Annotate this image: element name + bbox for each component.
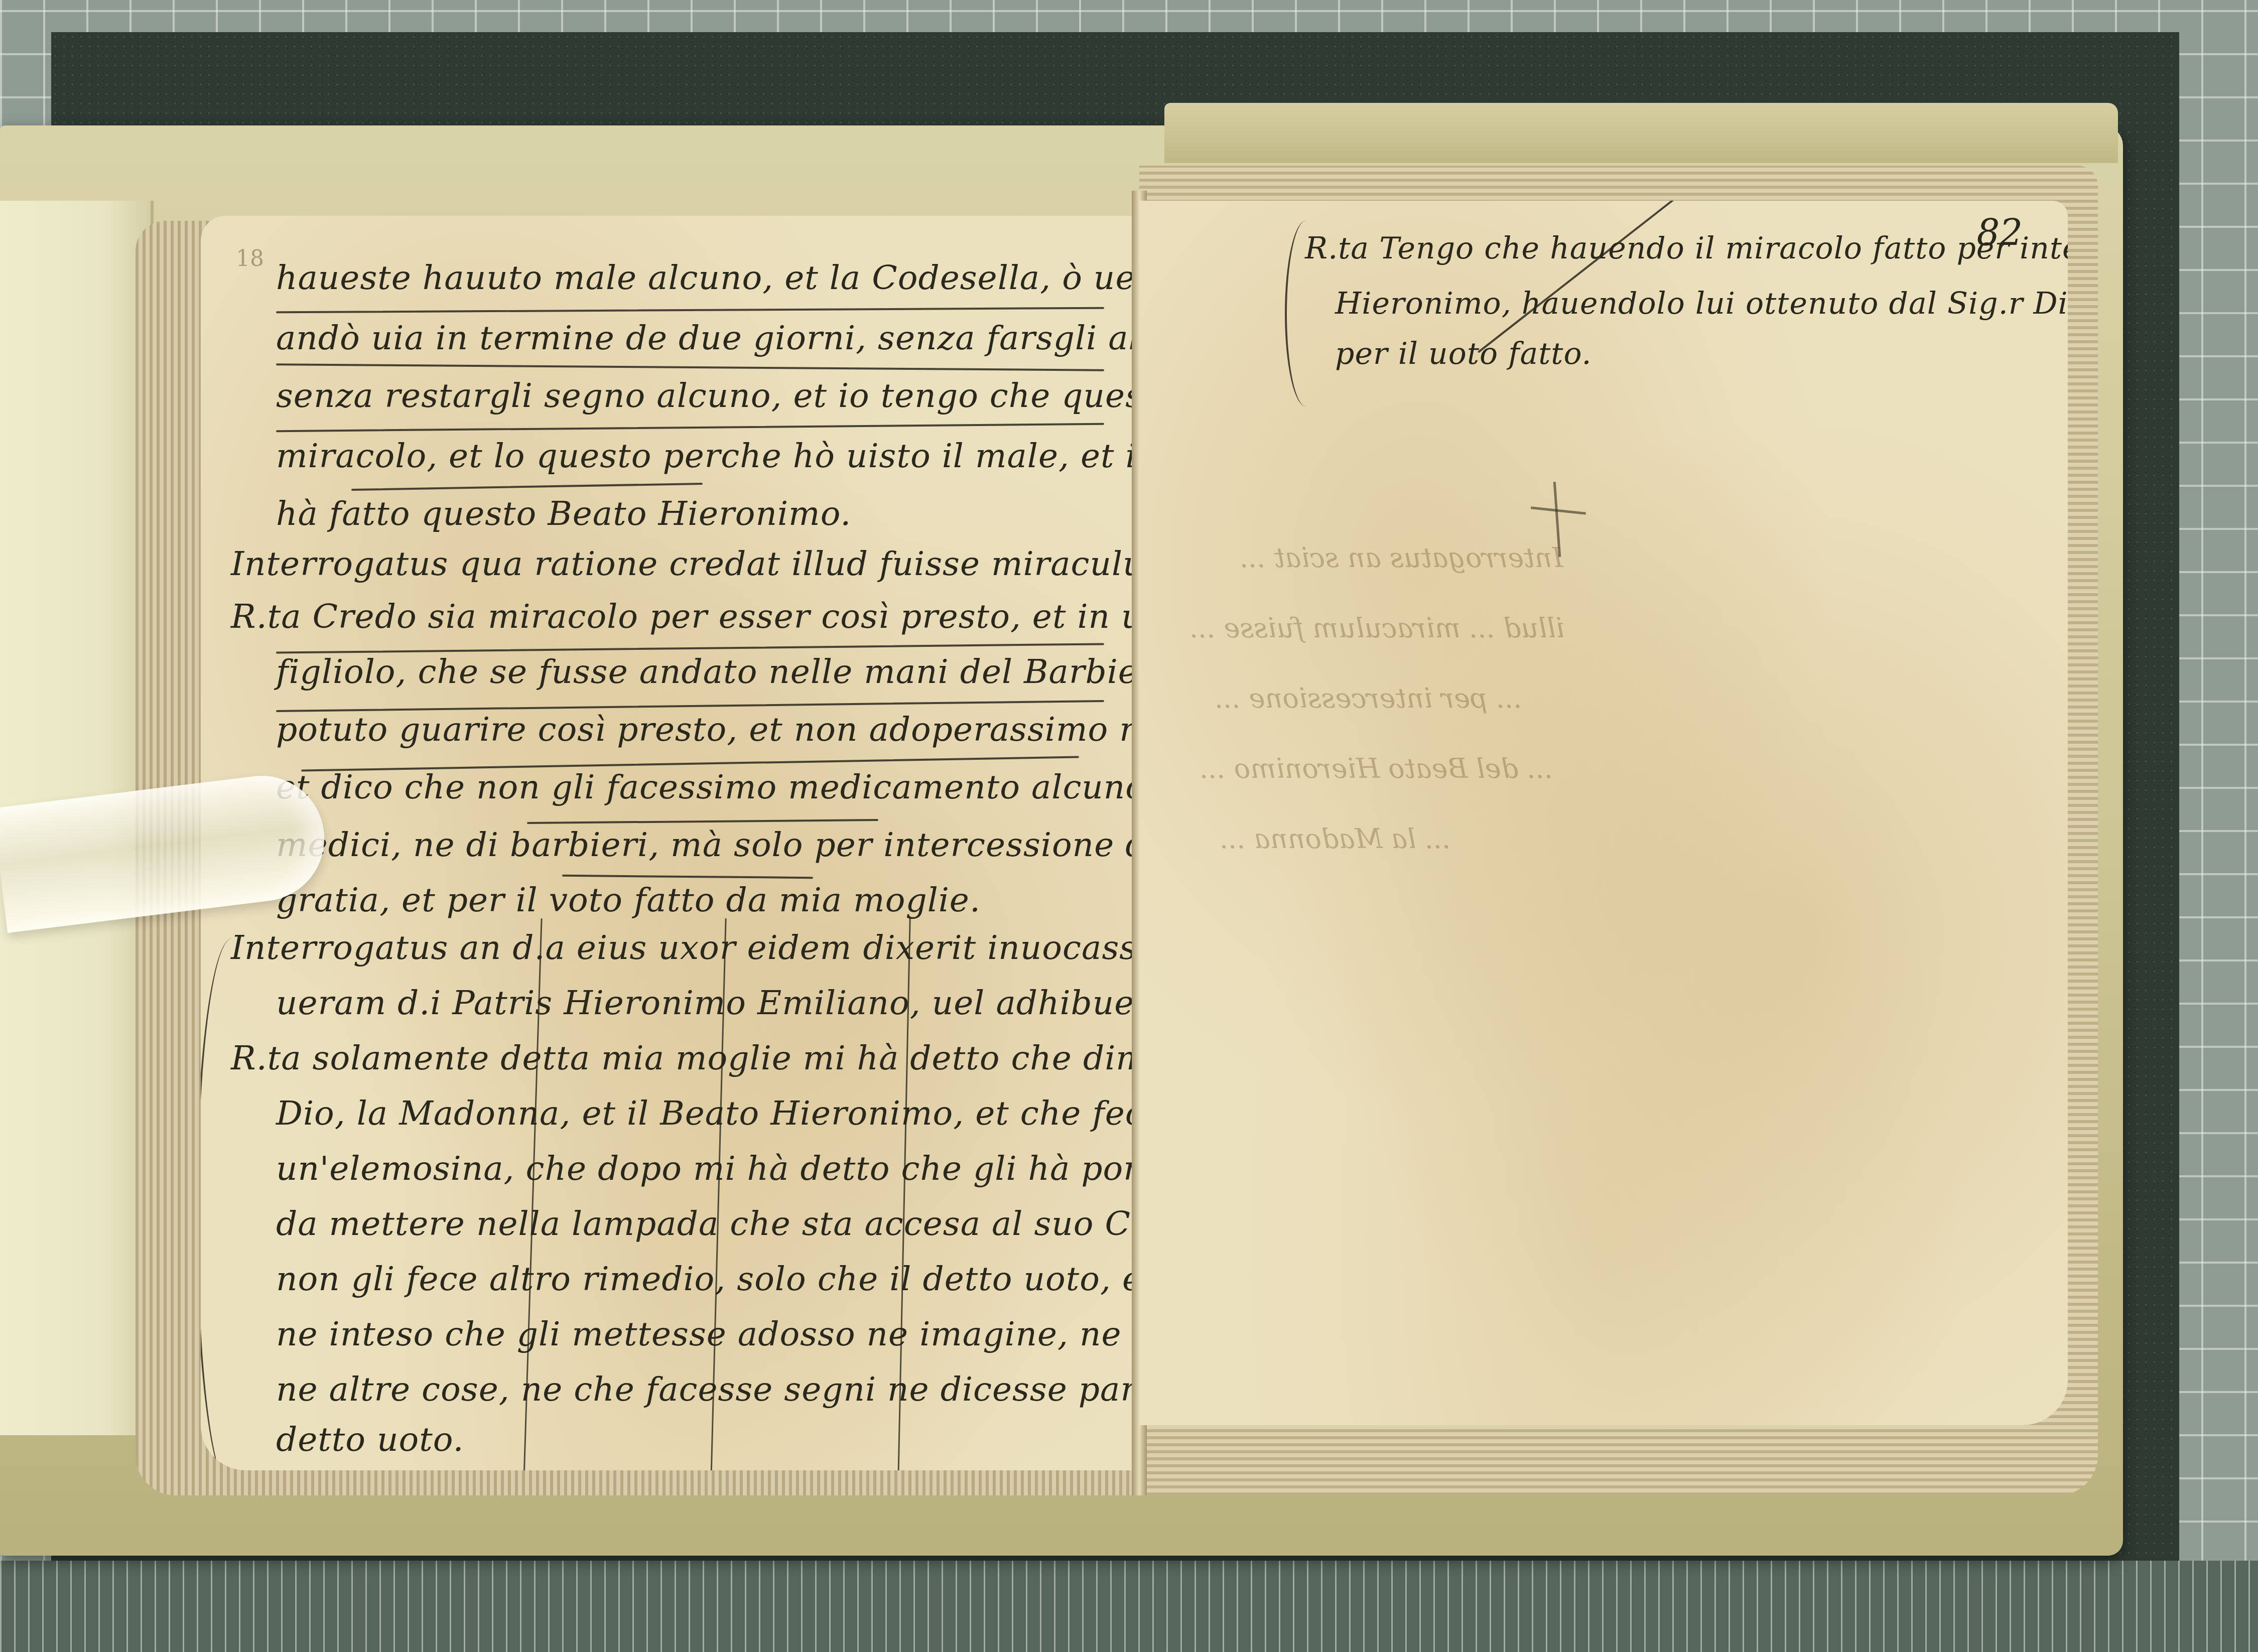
strikethrough-mark [276,363,1104,371]
interrogatory-line: Interrogatus qua ratione credat illud fu… [231,544,1139,583]
response-line: R.ta Credo sia miracolo per esser così p… [231,597,1139,636]
text-line: medici, ne di barbieri, mà solo per inte… [276,825,1139,864]
interrogatory-line: Interrogatus an d.a eius uxor eidem dixe… [231,928,1139,967]
wrapper-top-flap [1164,103,2118,163]
text-line: hà fatto questo Beato Hieronimo. [276,494,851,533]
text-line: andò uia in termine de due giorni, senza… [276,319,1139,357]
text-line: Hieronimo, hauendolo lui ottenuto dal Si… [1335,286,2068,321]
text-line: ne inteso che gli mettesse adosso ne ima… [276,1315,1139,1353]
strikethrough-mark [276,307,1104,314]
strikethrough-mark [351,483,703,491]
bleed-through-text: ... per intercessione ... [1215,682,1522,714]
text-line: miracolo, et lo questo perche hò uisto i… [276,437,1139,475]
text-line: ueram d.i Patris Hieronimo Emiliano, uel… [276,984,1139,1022]
bleed-through-text: ... del Beato Hieronimo ... [1200,753,1553,784]
response-line: R.ta solamente detta mia moglie mi hà de… [231,1039,1139,1077]
bleed-through-text: ... la Madonna ... [1220,823,1450,855]
text-line: ne altre cose, ne che facesse segni ne d… [276,1370,1139,1409]
strikethrough-mark [562,875,813,879]
text-line: detto uoto. [276,1420,464,1459]
response-line: R.ta Tengo che hauendo il miracolo fatto… [1305,231,2068,266]
bleed-through-text: illud ... miraculum fuisse ... [1189,612,1564,644]
text-line: per il uoto fatto. [1335,336,1592,371]
text-line: gratia, et per il voto fatto da mia mogl… [276,881,981,919]
text-line: potuto guarire così presto, et non adope… [276,710,1139,749]
text-line: et dico che non gli facessimo medicament… [276,768,1139,806]
grid-mat-bottom [0,1561,2258,1652]
text-line: da mettere nella lampada che sta accesa … [276,1204,1139,1243]
text-line: haueste hauuto male alcuno, et la Codese… [276,258,1139,297]
strikethrough-mark [276,423,1104,432]
text-line: Dio, la Madonna, et il Beato Hieronimo, … [276,1094,1139,1133]
strikethrough-mark [1478,201,1684,353]
bleed-through-text: Interrogatus an sciat ... [1240,542,1563,574]
margin-bracket [201,938,268,1470]
text-line: un'elemosina, che dopo mi hà detto che g… [276,1149,1139,1188]
text-line: figliolo, che se fusse andato nelle mani… [276,652,1139,691]
strikethrough-mark [527,819,878,824]
text-line: senza restargli segno alcuno, et io teng… [276,376,1139,415]
text-line: non gli fece altro rimedio, solo che il … [276,1260,1139,1298]
right-page: 82 R.ta Tengo che hauendo il miracolo fa… [1139,201,2068,1425]
faint-page-number: 18 [236,246,264,271]
left-page: 18 haueste hauuto male alcuno, et la Cod… [201,216,1139,1470]
